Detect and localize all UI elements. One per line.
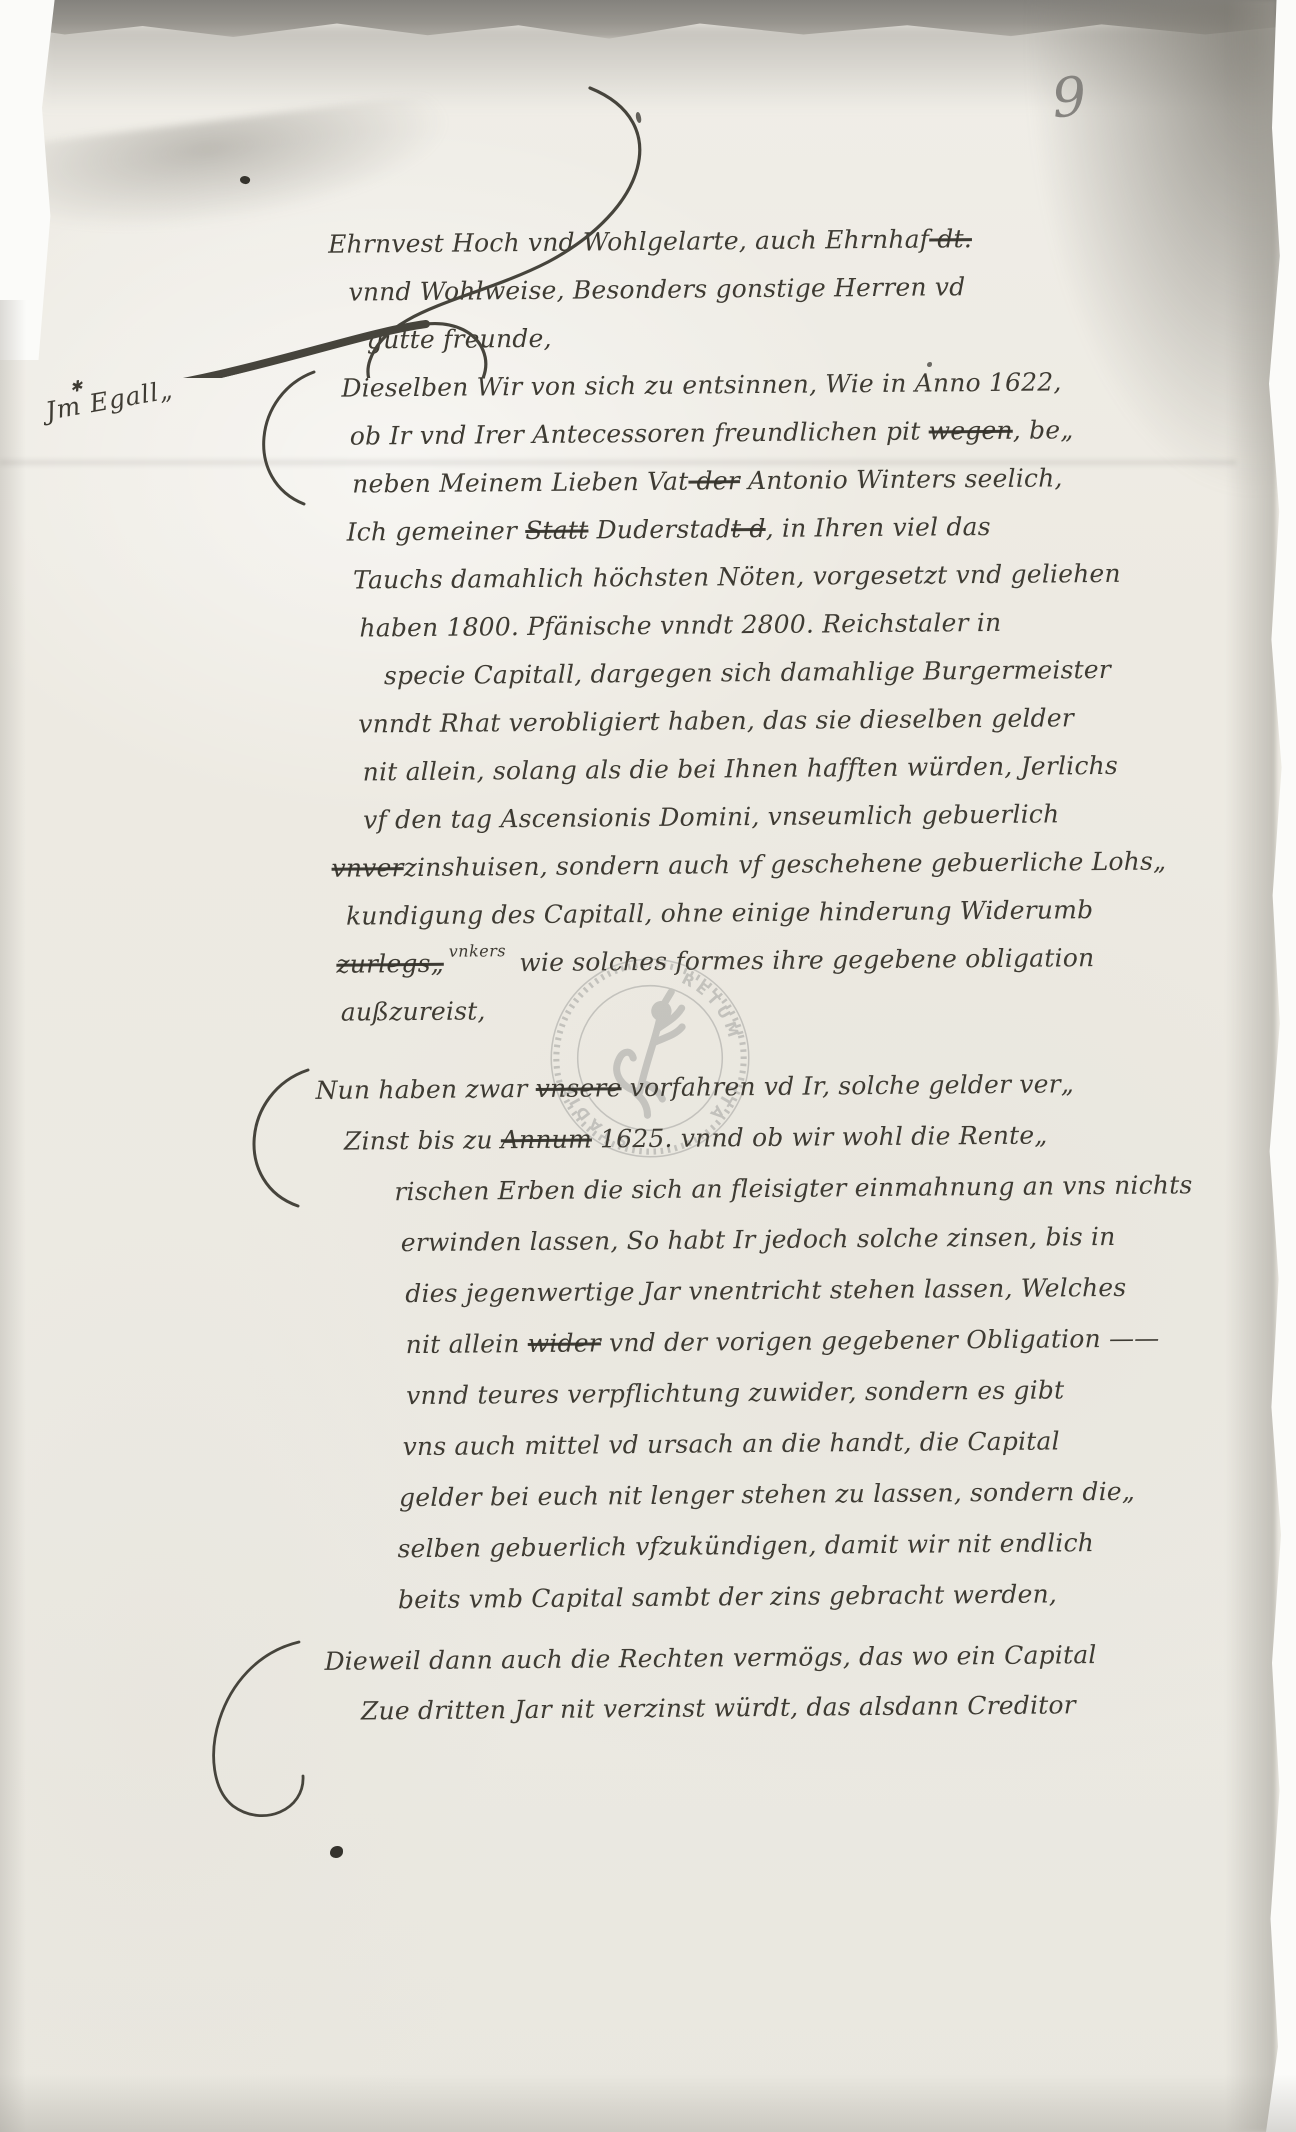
manuscript-line: vnndt Rhat verobligiert haben, das sie d… bbox=[358, 702, 1274, 758]
manuscript-line: zurlegs„vnkers wie solches formes ihre g… bbox=[336, 942, 1276, 998]
left-edge-shading bbox=[0, 300, 26, 2132]
manuscript-segment: Zue dritten Jar nit verzinst würdt, das … bbox=[361, 1690, 1076, 1725]
manuscript-segment: , in Ihren viel das bbox=[766, 512, 991, 543]
manuscript-line: beits vmb Capital sambt der zins gebrach… bbox=[398, 1577, 1282, 1636]
manuscript-line: Tauchs damahlich höchsten Nöten, vorgese… bbox=[353, 558, 1273, 614]
struck-word: Annum bbox=[501, 1124, 592, 1154]
manuscript-segment: vnd der vorigen gegebener Obligation —— bbox=[601, 1324, 1160, 1358]
manuscript-paragraph: Nun haben zwar vnsere vorfahren vd Ir, s… bbox=[307, 1068, 1282, 1637]
manuscript-segment: 1625. vnnd ob wir wohl die Rente„ bbox=[592, 1121, 1048, 1154]
manuscript-paragraph: Dieselben Wir von sich zu entsinnen, Wie… bbox=[301, 366, 1277, 1046]
folio-number: 9 bbox=[1049, 65, 1089, 131]
paragraph-flourish bbox=[240, 366, 324, 512]
manuscript-line: vnnd teures verpflichtung zuwider, sonde… bbox=[406, 1373, 1280, 1432]
manuscript-segment: gelder bei euch nit lenger stehen zu las… bbox=[399, 1477, 1135, 1512]
manuscript-segment: vnnd teures verpflichtung zuwider, sonde… bbox=[406, 1375, 1064, 1410]
manuscript-line: specie Capitall, dargegen sich damahlige… bbox=[384, 654, 1274, 710]
manuscript-segment: ob Ir vnd Irer Antecessoren freundlichen… bbox=[350, 417, 929, 451]
bottom-edge-shading bbox=[0, 2074, 1296, 2132]
manuscript-scan: { "page": { "folio_number": "9" }, "colo… bbox=[0, 0, 1296, 2132]
manuscript-segment: haben 1800. Pfänische vnndt 2800. Reichs… bbox=[359, 608, 1001, 643]
manuscript-line: außzureist, bbox=[341, 990, 1277, 1046]
manuscript-segment: erwinden lassen, So habt Ir jedoch solch… bbox=[401, 1222, 1116, 1257]
manuscript-line: Nun haben zwar vnsere vorfahren vd Ir, s… bbox=[315, 1068, 1277, 1127]
manuscript-segment: Tauchs damahlich höchsten Nöten, vorgese… bbox=[353, 559, 1121, 595]
manuscript-segment: wie solches formes ihre gegebene obligat… bbox=[511, 943, 1094, 977]
manuscript-segment: specie Capitall, dargegen sich damahlige… bbox=[384, 655, 1111, 690]
manuscript-segment: rischen Erben die sich an fleisigter ein… bbox=[394, 1170, 1192, 1206]
manuscript-line: rischen Erben die sich an fleisigter ein… bbox=[394, 1169, 1278, 1228]
manuscript-line: Dieweil dann auch die Rechten vermögs, d… bbox=[324, 1638, 1282, 1696]
manuscript-line: Zinst bis zu Annum 1625. vnnd ob wir woh… bbox=[344, 1119, 1278, 1178]
manuscript-segment: zinshuisen, sondern auch vf geschehene g… bbox=[404, 846, 1167, 882]
manuscript-segment: Zinst bis zu bbox=[344, 1125, 501, 1155]
manuscript-line: vnverzinshuisen, sondern auch vf gescheh… bbox=[331, 846, 1275, 902]
manuscript-segment: Nun haben zwar bbox=[315, 1074, 535, 1105]
manuscript-line: selben gebuerlich vfzukündigen, damit wi… bbox=[397, 1526, 1281, 1585]
manuscript-segment: vorfahren vd Ir, solche gelder ver„ bbox=[621, 1069, 1074, 1102]
struck-word: t d bbox=[731, 514, 766, 543]
initial-flourish bbox=[70, 78, 710, 378]
struck-word: der bbox=[688, 466, 740, 495]
manuscript-paragraph: Dieweil dann auch die Rechten vermögs, d… bbox=[312, 1638, 1283, 1746]
manuscript-segment: außzureist, bbox=[341, 996, 486, 1026]
paragraph-flourish bbox=[228, 1062, 322, 1214]
struck-word: vnsere bbox=[536, 1073, 622, 1103]
manuscript-line: nit allein, solang als die bei Ihnen haf… bbox=[363, 750, 1275, 806]
manuscript-segment: , be„ bbox=[1013, 415, 1074, 445]
manuscript-segment: vnndt Rhat verobligiert haben, das sie d… bbox=[358, 703, 1074, 738]
manuscript-line: erwinden lassen, So habt Ir jedoch solch… bbox=[401, 1220, 1279, 1279]
manuscript-segment: Ich gemeiner bbox=[347, 516, 526, 547]
manuscript-line: gelder bei euch nit lenger stehen zu las… bbox=[399, 1475, 1281, 1534]
struck-word: zurlegs„ bbox=[336, 949, 444, 979]
struck-word: wegen bbox=[929, 416, 1013, 446]
manuscript-line: neben Meinem Lieben Vat der Antonio Wint… bbox=[352, 462, 1272, 518]
manuscript-line: haben 1800. Pfänische vnndt 2800. Reichs… bbox=[359, 606, 1273, 662]
manuscript-segment: kundigung des Capitall, ohne einige hind… bbox=[346, 895, 1094, 931]
manuscript-line: Zue dritten Jar nit verzinst würdt, das … bbox=[361, 1688, 1283, 1746]
manuscript-text: Ehrnvest Hoch vnd Wohlgelarte, auch Ehrn… bbox=[300, 222, 1283, 1747]
manuscript-segment: nit allein, solang als die bei Ihnen haf… bbox=[363, 751, 1118, 787]
struck-word: dt. bbox=[929, 224, 972, 253]
manuscript-line: Ich gemeiner Statt Duderstadt d, in Ihre… bbox=[347, 510, 1273, 566]
manuscript-segment: Dieweil dann auch die Rechten vermögs, d… bbox=[324, 1640, 1096, 1676]
manuscript-segment: vf den tag Ascensionis Domini, vnseumlic… bbox=[363, 799, 1059, 834]
inserted-word: vnkers bbox=[449, 941, 507, 961]
struck-word: wider bbox=[528, 1328, 601, 1358]
manuscript-line: nit allein wider vnd der vorigen gegeben… bbox=[406, 1322, 1280, 1381]
manuscript-segment: vns auch mittel vd ursach an die handt, … bbox=[402, 1426, 1059, 1461]
manuscript-line: ob Ir vnd Irer Antecessoren freundlichen… bbox=[350, 414, 1272, 470]
manuscript-line: vf den tag Ascensionis Domini, vnseumlic… bbox=[363, 798, 1275, 854]
manuscript-line: dies jegenwertige Jar vnentricht stehen … bbox=[405, 1271, 1279, 1330]
manuscript-segment: nit allein bbox=[406, 1329, 528, 1359]
manuscript-segment: Antonio Winters seelich, bbox=[740, 463, 1063, 495]
manuscript-segment: Duderstad bbox=[588, 514, 731, 544]
manuscript-segment: neben Meinem Lieben Vat bbox=[352, 467, 688, 499]
struck-word: vnver bbox=[331, 853, 403, 883]
manuscript-segment: dies jegenwertige Jar vnentricht stehen … bbox=[405, 1273, 1126, 1308]
manuscript-segment: beits vmb Capital sambt der zins gebrach… bbox=[398, 1579, 1057, 1614]
paragraph-flourish bbox=[185, 1632, 319, 1828]
manuscript-segment: selben gebuerlich vfzukündigen, damit wi… bbox=[397, 1528, 1094, 1563]
manuscript-line: vns auch mittel vd ursach an die handt, … bbox=[402, 1424, 1280, 1483]
struck-word: Statt bbox=[525, 515, 588, 545]
